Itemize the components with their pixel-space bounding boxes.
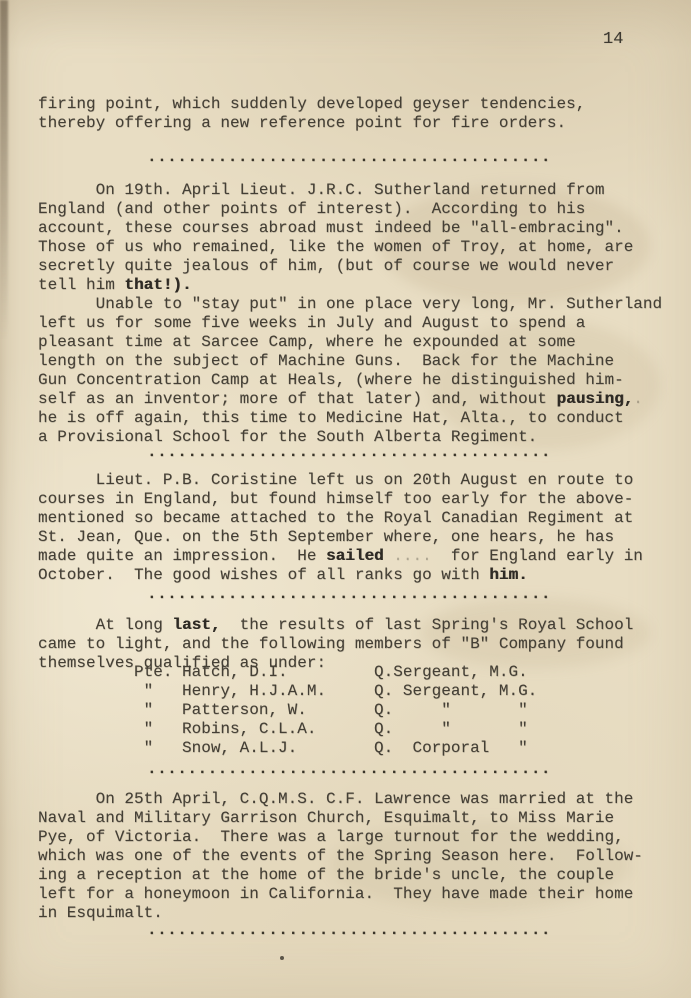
text-line: England (and other points of interest). … (38, 200, 660, 219)
text-segment: tell him (38, 276, 124, 294)
text-line: length on the subject of Machine Guns. B… (38, 352, 660, 371)
emphasized-text: him. (489, 566, 527, 584)
text-line: left us for some five weeks in July and … (38, 314, 660, 333)
paragraph: On 25th April, C.Q.M.S. C.F. Lawrence wa… (38, 790, 660, 923)
text-line: firing point, which suddenly developed g… (38, 95, 660, 114)
text-line: secretly quite jealous of him, (but of c… (38, 257, 660, 276)
dots-line: ........................................ (38, 921, 660, 940)
faded-text: .... (384, 547, 442, 565)
qualification-row: Pte. Hatch, D.I. Q.Sergeant, M.G. (38, 663, 660, 682)
text-line: came to light, and the following members… (38, 635, 660, 654)
paragraph: firing point, which suddenly developed g… (38, 95, 660, 133)
qualification-list: Pte. Hatch, D.I. Q.Sergeant, M.G. " Henr… (38, 663, 660, 758)
text-segment: made quite an impression. He (38, 547, 326, 565)
page-number: 14 (603, 30, 623, 49)
paragraph: Unable to "stay put" in one place very l… (38, 295, 660, 447)
dots-line: ........................................ (38, 585, 660, 604)
emphasized-text: last, (172, 616, 220, 634)
separator-dots: ........................................ (38, 921, 660, 940)
qualification-row: " Henry, H.J.A.M. Q. Sergeant, M.G. (38, 682, 660, 701)
emphasized-text: sailed (326, 547, 384, 565)
text-line: ing a reception at the home of the bride… (38, 866, 660, 885)
text-line: he is off again, this time to Medicine H… (38, 409, 660, 428)
qualification-row: " Snow, A.L.J. Q. Corporal " (38, 739, 660, 758)
text-line: thereby offering a new reference point f… (38, 114, 660, 133)
text-line: On 19th. April Lieut. J.R.C. Sutherland … (38, 181, 660, 200)
text-line: account, these courses abroad must indee… (38, 219, 660, 238)
binding-shadow (0, 0, 8, 340)
text-line: which was one of the events of the Sprin… (38, 847, 660, 866)
text-line: pleasant time at Sarcee Camp, where he e… (38, 333, 660, 352)
text-line: At long last, the results of last Spring… (38, 616, 660, 635)
text-line: Pye, of Victoria. There was a large turn… (38, 828, 660, 847)
separator-dots: ........................................ (38, 760, 660, 779)
text-line: courses in England, but found himself to… (38, 490, 660, 509)
qualification-row: " Robins, C.L.A. Q. " " (38, 720, 660, 739)
text-line: self as an inventor; more of that later)… (38, 390, 660, 409)
paragraph: On 19th. April Lieut. J.R.C. Sutherland … (38, 181, 660, 295)
ink-speck (280, 956, 284, 960)
text-line: On 25th April, C.Q.M.S. C.F. Lawrence wa… (38, 790, 660, 809)
text-line: tell him that!). (38, 276, 660, 295)
dots-line: ........................................ (38, 148, 660, 167)
faded-text: . (633, 390, 643, 408)
separator-dots: ........................................ (38, 585, 660, 604)
emphasized-text: that!). (124, 276, 191, 294)
text-line: mentioned so became attached to the Roya… (38, 509, 660, 528)
emphasized-text: pausing, (556, 390, 633, 408)
dots-line: ........................................ (38, 443, 660, 462)
text-line: Unable to "stay put" in one place very l… (38, 295, 660, 314)
text-line: Gun Concentration Camp at Heals, (where … (38, 371, 660, 390)
qualification-row: " Patterson, W. Q. " " (38, 701, 660, 720)
text-segment: self as an inventor; more of that later)… (38, 390, 556, 408)
text-segment: October. The good wishes of all ranks go… (38, 566, 489, 584)
text-segment: the results of last Spring's Royal Schoo… (220, 616, 633, 634)
text-line: Naval and Military Garrison Church, Esqu… (38, 809, 660, 828)
paragraph: Lieut. P.B. Coristine left us on 20th Au… (38, 471, 660, 585)
text-segment: At long (38, 616, 172, 634)
text-segment: for England early in (441, 547, 643, 565)
dots-line: ........................................ (38, 760, 660, 779)
separator-dots: ........................................ (38, 443, 660, 462)
text-line: left for a honeymoon in California. They… (38, 885, 660, 904)
text-line: made quite an impression. He sailed ....… (38, 547, 660, 566)
scanned-document-page: 14 firing point, which suddenly develope… (0, 0, 691, 998)
text-line: Lieut. P.B. Coristine left us on 20th Au… (38, 471, 660, 490)
text-line: Those of us who remained, like the women… (38, 238, 660, 257)
text-line: St. Jean, Que. on the 5th September wher… (38, 528, 660, 547)
text-line: October. The good wishes of all ranks go… (38, 566, 660, 585)
separator-dots: ........................................ (38, 148, 660, 167)
